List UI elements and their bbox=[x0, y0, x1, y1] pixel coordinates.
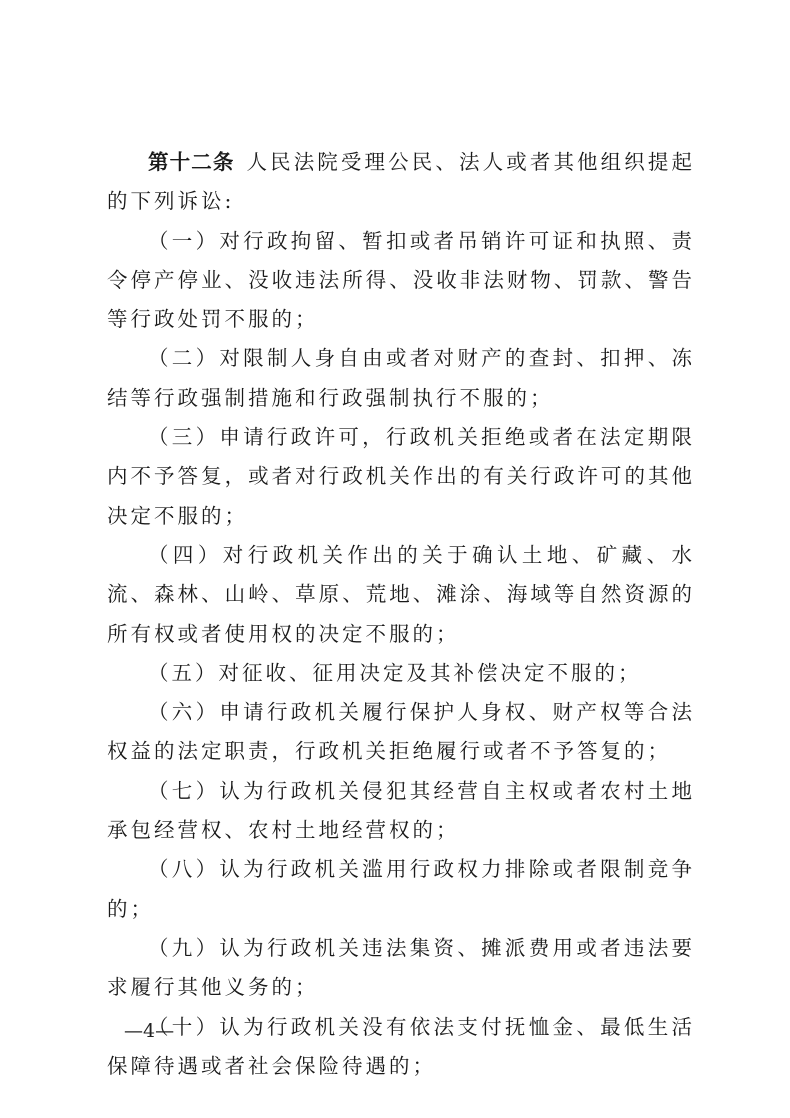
list-item: （十）认为行政机关没有依法支付抚恤金、最低生活保障待遇或者社会保险待遇的； bbox=[107, 1008, 695, 1087]
list-item: （二）对限制人身自由或者对财产的查封、扣押、冻结等行政强制措施和行政强制执行不服… bbox=[107, 339, 695, 418]
list-item: （七）认为行政机关侵犯其经营自主权或者农村土地承包经营权、农村土地经营权的； bbox=[107, 772, 695, 851]
list-item: （五）对征收、征用决定及其补偿决定不服的； bbox=[107, 654, 695, 693]
document-body: 第十二条人民法院受理公民、法人或者其他组织提起的下列诉讼: （一）对行政拘留、暂… bbox=[107, 143, 695, 1086]
page-number: —4— bbox=[124, 1020, 174, 1042]
list-item: （四）对行政机关作出的关于确认土地、矿藏、水流、森林、山岭、草原、荒地、滩涂、海… bbox=[107, 536, 695, 654]
article-paragraph: 第十二条人民法院受理公民、法人或者其他组织提起的下列诉讼: bbox=[107, 143, 695, 222]
list-item: （八）认为行政机关滥用行政权力排除或者限制竞争的； bbox=[107, 850, 695, 929]
list-item: （九）认为行政机关违法集资、摊派费用或者违法要求履行其他义务的； bbox=[107, 929, 695, 1008]
list-item: （一）对行政拘留、暂扣或者吊销许可证和执照、责令停产停业、没收违法所得、没收非法… bbox=[107, 222, 695, 340]
article-number: 第十二条 bbox=[148, 150, 234, 174]
list-item: （六）申请行政机关履行保护人身权、财产权等合法权益的法定职责，行政机关拒绝履行或… bbox=[107, 693, 695, 772]
list-item: （三）申请行政许可，行政机关拒绝或者在法定期限内不予答复，或者对行政机关作出的有… bbox=[107, 418, 695, 536]
document-page: 第十二条人民法院受理公民、法人或者其他组织提起的下列诉讼: （一）对行政拘留、暂… bbox=[0, 0, 790, 1118]
